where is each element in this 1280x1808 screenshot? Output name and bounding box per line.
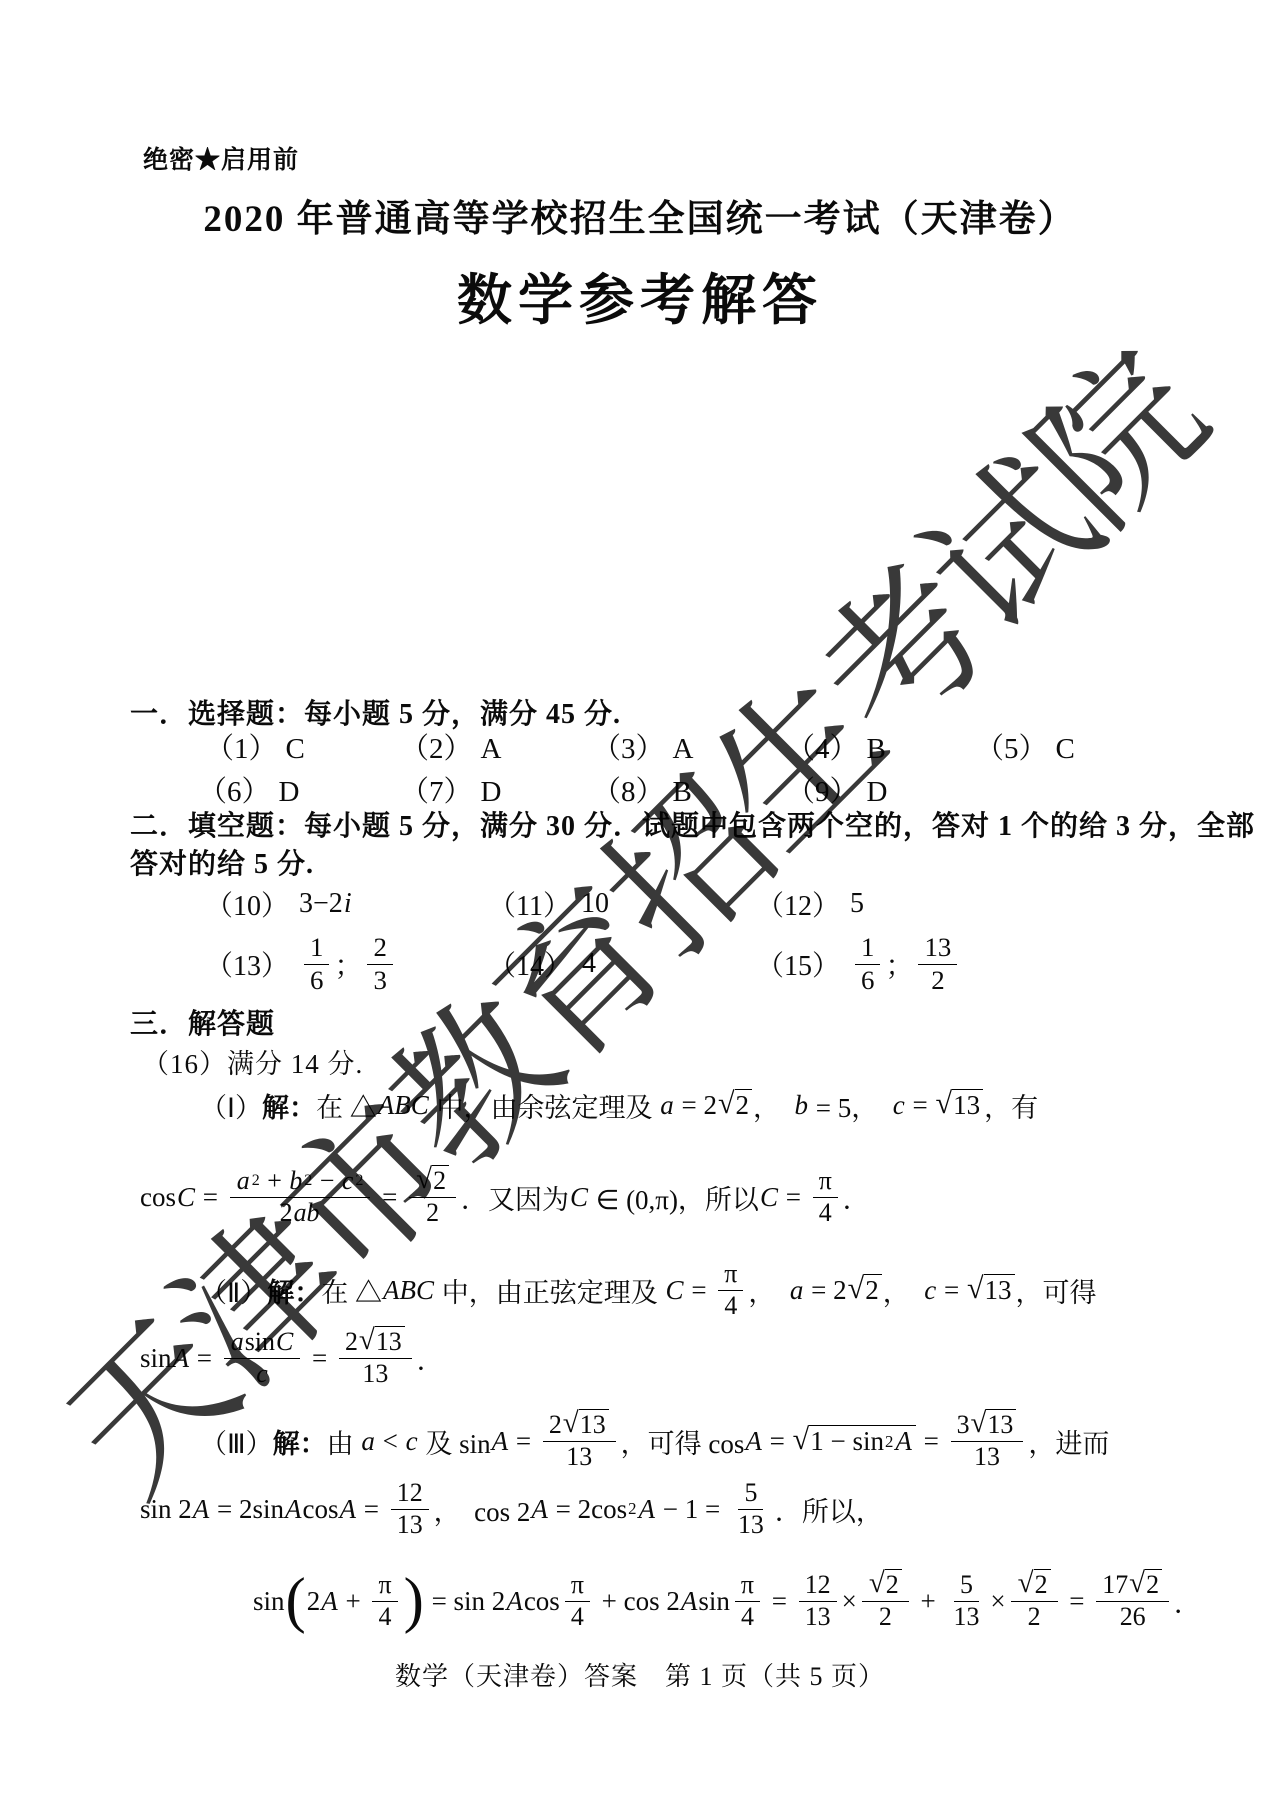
fill-row-1: （10）3−2i （11）10 （12）5	[0, 884, 1280, 924]
question16-label: （16）满分 14 分.	[142, 1042, 363, 1081]
fill-answer-12: （12）5	[756, 884, 864, 924]
classification-label: 绝密★启用前	[143, 140, 299, 176]
page-footer: 数学（天津卷）答案 第 1 页（共 5 页）	[0, 1656, 1280, 1693]
choice-3: （3）A	[592, 726, 693, 767]
answer-value: C	[1056, 733, 1075, 765]
solution-part1-text: （Ⅰ）解：在 △ABC 中，由余弦定理及 a = 2√2， b = 5， c =…	[200, 1082, 1038, 1128]
answer-value: 10	[581, 888, 609, 920]
choice-2: （2）A	[400, 726, 501, 767]
solution-final-equation: sin(2A + π4) = sin 2Acosπ4 + cos 2Asinπ4…	[253, 1556, 1201, 1646]
answer-value: 16；132	[850, 932, 962, 996]
answer-value: 16；23	[299, 932, 398, 996]
answer-value: A	[673, 733, 694, 765]
fill-answer-10: （10）3−2i	[205, 884, 353, 924]
exam-title: 2020 年普通高等学校招生全国统一考试（天津卷）	[0, 188, 1280, 242]
section2-heading-line2: 答对的给 5 分.	[130, 842, 314, 882]
choice-4: （4）B	[786, 726, 886, 767]
solution-part2-equation: sinA = asinCc = 2√1313．	[140, 1314, 444, 1402]
fill-answer-14: （14）4	[488, 928, 596, 1000]
choice-5: （5）C	[975, 726, 1075, 767]
answer-value: 3−2i	[299, 888, 353, 920]
answer-value: 5	[850, 888, 864, 920]
document-title: 数学参考解答	[0, 256, 1280, 335]
answer-value: C	[286, 733, 305, 765]
section3-heading: 三．解答题	[130, 1002, 275, 1042]
answer-value: B	[867, 733, 886, 765]
answer-sheet-page: 绝密★启用前 2020 年普通高等学校招生全国统一考试（天津卷） 数学参考解答 …	[0, 0, 1280, 1808]
fill-answer-13: （13）16；23	[205, 928, 398, 1000]
answer-value: 4	[582, 948, 596, 980]
choice-row-2: （6）D （7）D （8）B （9）D	[0, 769, 1280, 809]
fill-row-2: （13）16；23 （14）4 （15）16；132	[0, 928, 1280, 1000]
solution-part3-equation: sin 2A = 2sinAcosA = 1213， cos 2A = 2cos…	[140, 1470, 883, 1548]
fill-answer-15: （15）16；132	[756, 928, 962, 1000]
fill-answer-11: （11）10	[488, 884, 609, 924]
section2-heading-line1: 二．填空题：每小题 5 分，满分 30 分．试题中包含两个空的，答对 1 个的给…	[130, 804, 1255, 844]
solution-part1-equation: cosC = a2 + b2 − c22ab = √22．又因为C ∈ (0,π…	[140, 1148, 870, 1246]
answer-value: A	[481, 733, 502, 765]
choice-1: （1）C	[205, 726, 305, 767]
choice-row-1: （1）C （2）A （3）A （4）B （5）C	[0, 726, 1280, 766]
